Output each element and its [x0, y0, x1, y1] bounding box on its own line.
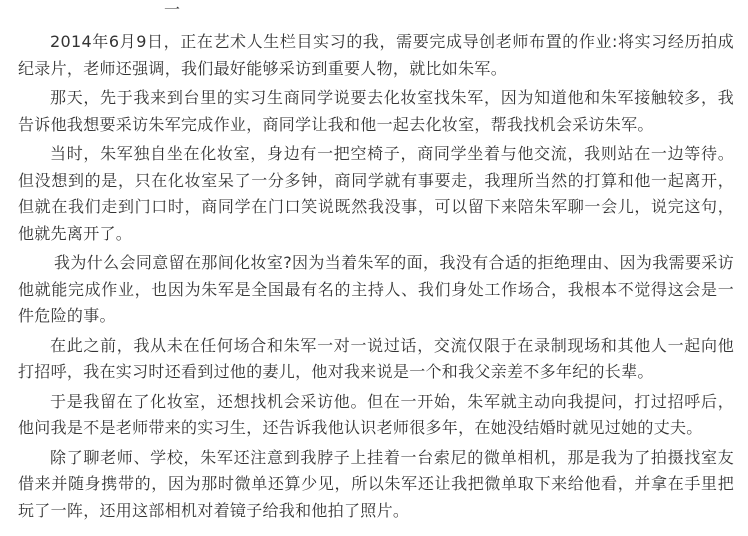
- paragraph-3: 当时，朱军独自坐在化妆室，身边有一把空椅子，商同学坐着与他交流，我则站在一边等待…: [18, 141, 734, 247]
- paragraph-7: 除了聊老师、学校，朱军还注意到我脖子上挂着一台索尼的微单相机，那是我为了拍摄找室…: [18, 445, 734, 525]
- paragraph-4: 我为什么会同意留在那间化妆室?因为当着朱军的面，我没有合适的拒绝理由、因为我需要…: [18, 250, 734, 330]
- paragraph-6: 于是我留在了化妆室，还想找机会采访他。但在一开始，朱军就主动向我提问，打过招呼后…: [18, 389, 734, 442]
- section-heading-mark: 一: [164, 0, 180, 20]
- paragraph-5: 在此之前，我从未在任何场合和朱军一对一说过话，交流仅限于在录制现场和其他人一起向…: [18, 333, 734, 386]
- paragraph-1: 2014年6月9日，正在艺术人生栏目实习的我，需要完成导创老师布置的作业:将实习…: [18, 29, 734, 82]
- article-body: 2014年6月9日，正在艺术人生栏目实习的我，需要完成导创老师布置的作业:将实习…: [18, 29, 734, 527]
- paragraph-2: 那天，先于我来到台里的实习生商同学说要去化妆室找朱军，因为知道他和朱军接触较多，…: [18, 85, 734, 138]
